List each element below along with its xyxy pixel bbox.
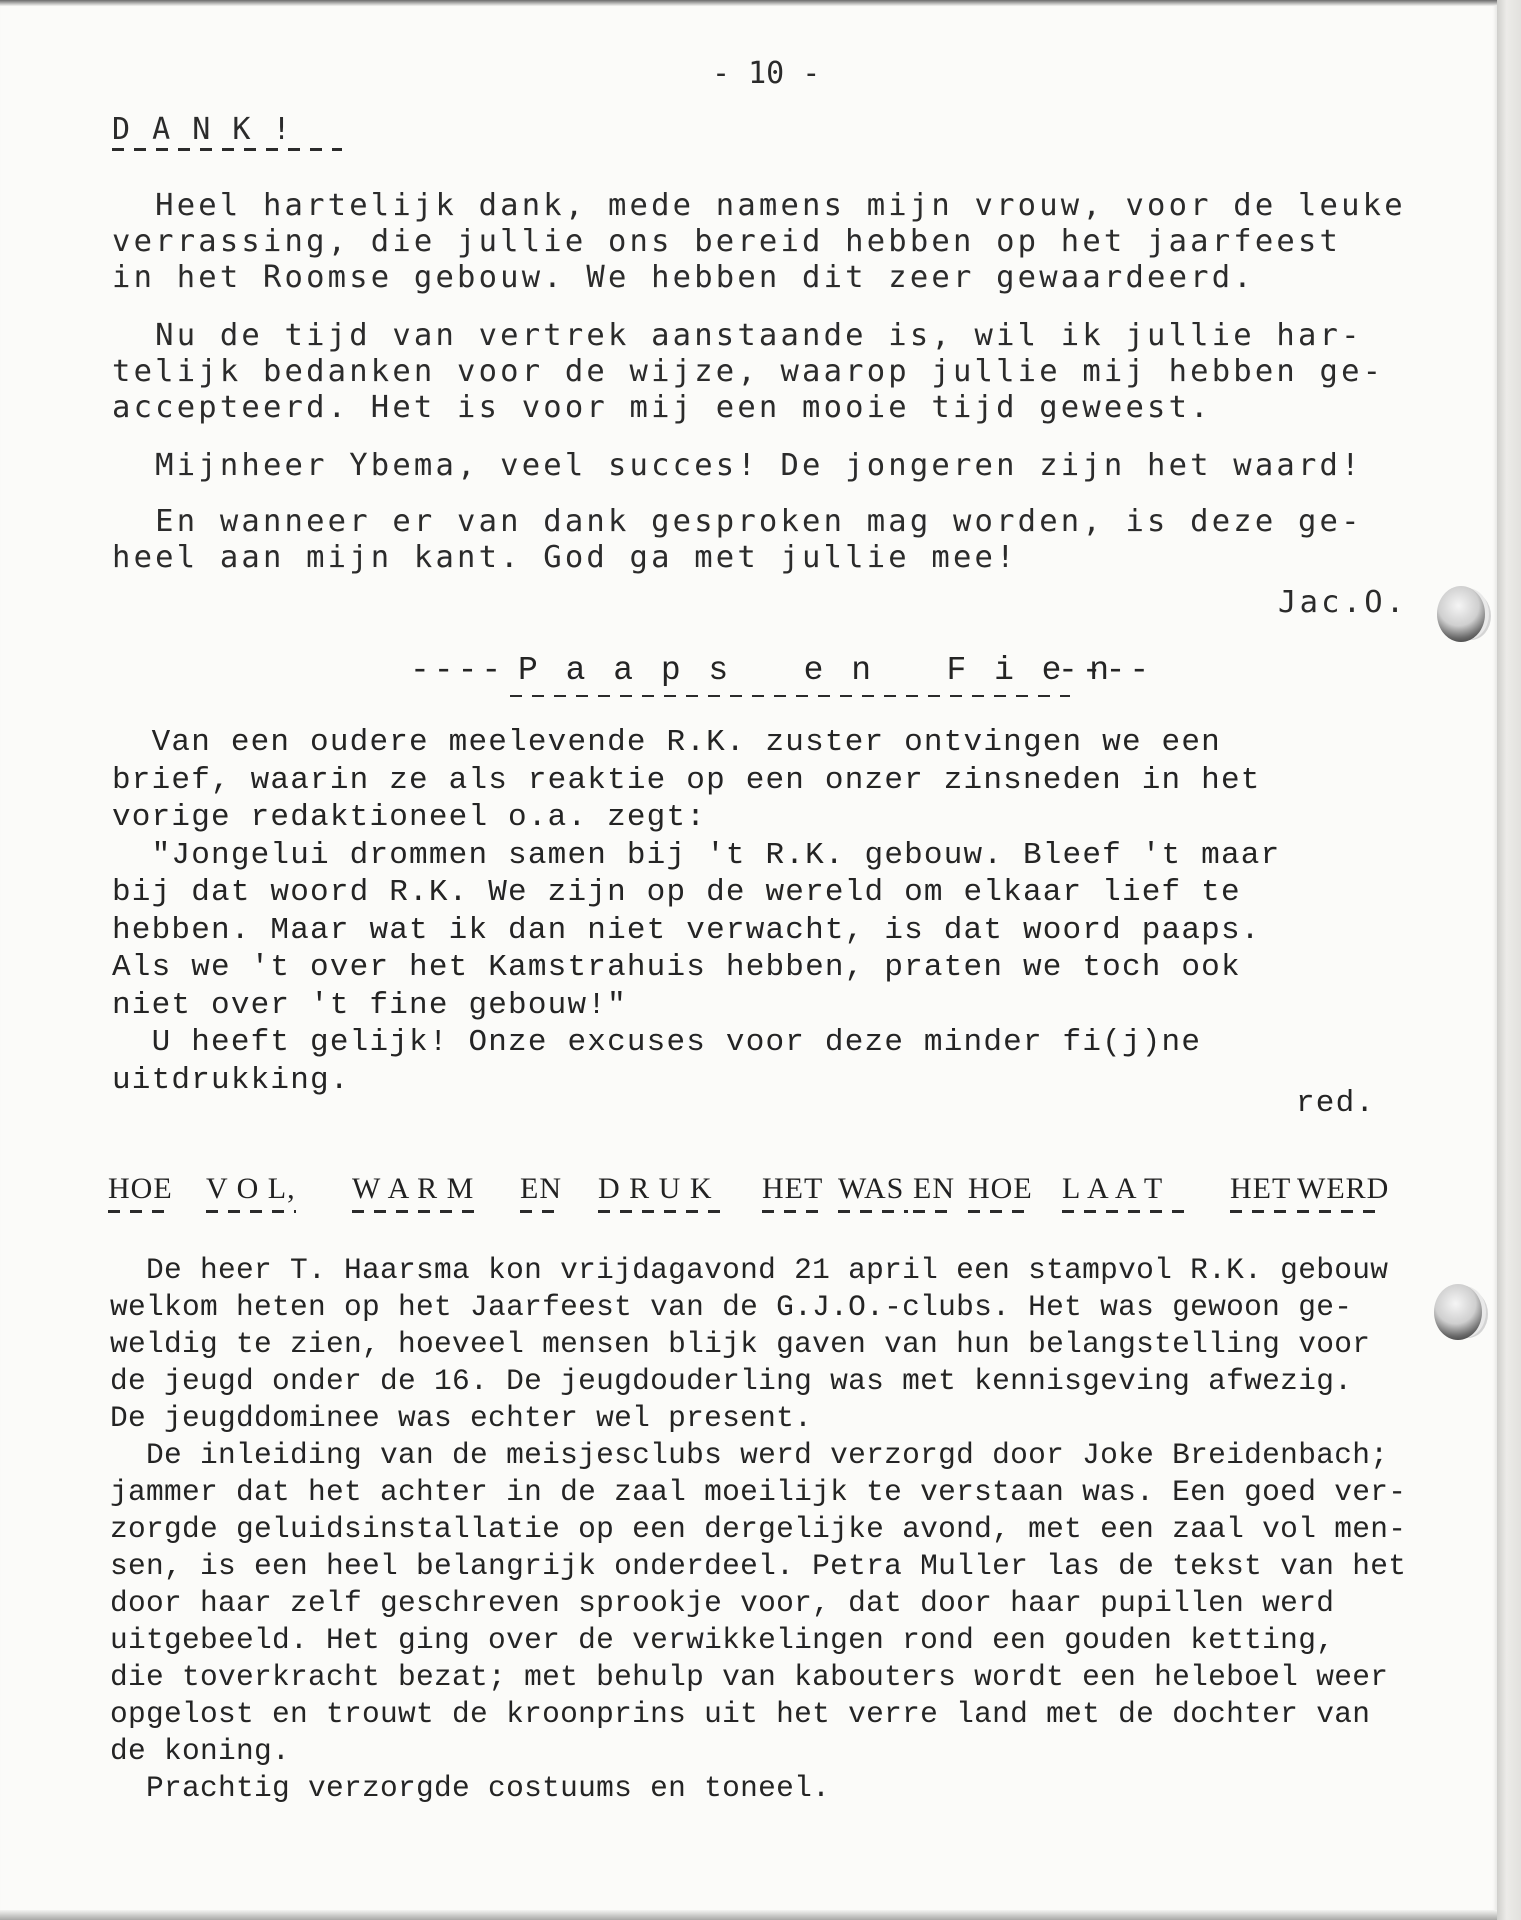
title-underline (1062, 1210, 1192, 1213)
punch-hole-icon (1437, 586, 1485, 642)
text-line: U heeft gelijk! Onze excuses voor deze m… (112, 1024, 1201, 1061)
text-line: zorgde geluidsinstallatie op een dergeli… (110, 1511, 1406, 1548)
section-title-paaps-suffix: ---- (1058, 652, 1153, 689)
text-line: uitdrukking. (112, 1062, 350, 1099)
title-underline (352, 1210, 482, 1213)
title-underline (206, 1210, 296, 1213)
title-underline (913, 1210, 953, 1213)
text-line: hebben. Maar wat ik dan niet verwacht, i… (112, 912, 1261, 949)
title-word: L A A T (1062, 1172, 1163, 1206)
title-word: WAS (838, 1172, 904, 1206)
title-underline (762, 1210, 820, 1213)
title-underline (838, 1210, 908, 1213)
text-line: die toverkracht bezat; met behulp van ka… (110, 1659, 1388, 1696)
title-underline (510, 695, 1070, 697)
title-word: D R U K (598, 1172, 713, 1206)
text-line: Mijnheer Ybema, veel succes! De jongeren… (112, 448, 1363, 484)
text-line: de koning. (110, 1733, 290, 1770)
title-word: V O L, (206, 1172, 296, 1206)
text-line: accepteerd. Het is voor mij een mooie ti… (112, 390, 1212, 426)
text-line: niet over 't fine gebouw!" (112, 987, 627, 1024)
punch-hole-icon (1434, 1284, 1482, 1340)
title-underline (1297, 1210, 1381, 1213)
title-word: HOE (968, 1172, 1033, 1206)
title-word: HOE (108, 1172, 173, 1206)
text-line: Als we 't over het Kamstrahuis hebben, p… (112, 949, 1241, 986)
section-title-paaps-prefix: ---- (410, 652, 505, 689)
title-word: W A R M (352, 1172, 474, 1206)
text-line: Nu de tijd van vertrek aanstaande is, wi… (112, 318, 1363, 354)
title-word: HET (762, 1172, 823, 1206)
text-line: opgelost en trouwt de kroonprins uit het… (110, 1696, 1370, 1733)
title-underline (598, 1210, 728, 1213)
text-line: uitgebeeld. Het ging over de verwikkelin… (110, 1622, 1334, 1659)
text-line: Van een oudere meelevende R.K. zuster on… (112, 724, 1221, 761)
text-line: sen, is een heel belangrijk onderdeel. P… (110, 1548, 1406, 1585)
text-line: de jeugd onder de 16. De jeugdouderling … (110, 1363, 1352, 1400)
text-line: door haar zelf geschreven sprookje voor,… (110, 1585, 1334, 1622)
text-line: De inleiding van de meisjesclubs werd ve… (110, 1437, 1388, 1474)
text-line: En wanneer er van dank gesproken mag wor… (112, 504, 1363, 540)
title-word: EN (913, 1172, 955, 1206)
title-underline (520, 1210, 560, 1213)
text-line: welkom heten op het Jaarfeest van de G.J… (110, 1289, 1352, 1326)
paaps-signature: red. (1296, 1085, 1375, 1122)
text-line: telijk bedanken voor de wijze, waarop ju… (112, 354, 1384, 390)
text-line: brief, waarin ze als reaktie op een onze… (112, 762, 1261, 799)
title-underline (1230, 1210, 1288, 1213)
section-title-paaps: P a a p s e n F i e n (518, 652, 1113, 689)
title-word: WERD (1297, 1172, 1389, 1206)
text-line: heel aan mijn kant. God ga met jullie me… (112, 540, 1018, 576)
text-line: "Jongelui drommen samen bij 't R.K. gebo… (112, 837, 1280, 874)
page-top-edge (0, 0, 1497, 6)
text-line: jammer dat het achter in de zaal moeilij… (110, 1474, 1406, 1511)
section-title-dank: D A N K ! (112, 112, 293, 147)
title-word: HET (1230, 1172, 1291, 1206)
title-underline (108, 1210, 166, 1213)
title-underline (112, 148, 342, 151)
title-word: EN (520, 1172, 562, 1206)
text-line: De heer T. Haarsma kon vrijdagavond 21 a… (110, 1252, 1388, 1289)
text-line: verrassing, die jullie ons bereid hebben… (112, 224, 1341, 260)
text-line: vorige redaktioneel o.a. zegt: (112, 799, 706, 836)
text-line: in het Roomse gebouw. We hebben dit zeer… (112, 260, 1255, 296)
text-line: bij dat woord R.K. We zijn op de wereld … (112, 874, 1241, 911)
text-line: Heel hartelijk dank, mede namens mijn vr… (112, 188, 1406, 224)
text-line: Prachtig verzorgde costuums en toneel. (110, 1770, 830, 1807)
dank-signature: Jac.O. (1278, 585, 1407, 621)
text-line: De jeugddominee was echter wel present. (110, 1400, 812, 1437)
page-number: - 10 - (712, 56, 820, 91)
title-underline (968, 1210, 1026, 1213)
page-side-edge (1497, 0, 1521, 1920)
text-line: weldig te zien, hoeveel mensen blijk gav… (110, 1326, 1370, 1363)
page-bottom-edge (0, 1910, 1497, 1920)
